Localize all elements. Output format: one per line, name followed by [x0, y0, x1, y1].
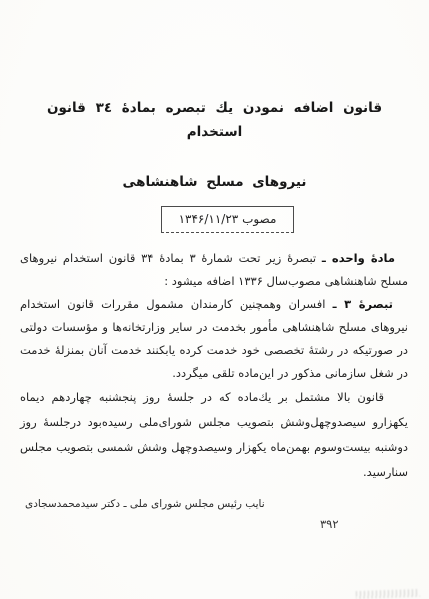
single-article-lead: مادهٔ واحده ـ: [322, 251, 395, 265]
ratification-text: قانون بالا مشتمل بر يك‌ماده كه در جلسهٔ …: [20, 390, 408, 479]
law-body: مادهٔ واحده ـ تبصرهٔ زير تحت شمارهٔ ۳ بم…: [20, 247, 408, 485]
ratification-paragraph: قانون بالا مشتمل بر يك‌ماده كه در جلسهٔ …: [20, 385, 408, 485]
signature-line: نايب رئيس مجلس شوراى ملى ـ دكتر سيدمحمدس…: [0, 498, 429, 510]
page-number: ٣٩٢: [320, 517, 339, 531]
approval-date-box: مصوب ۱۳۴۶/۱۱/۲۳: [161, 206, 295, 233]
law-title-line2: نيروهاى مسلح شاهنشاهى: [0, 171, 429, 193]
scan-smudge-artifact: [356, 589, 420, 599]
single-article-paragraph: مادهٔ واحده ـ تبصرهٔ زير تحت شمارهٔ ۳ بم…: [20, 247, 408, 293]
note-3-lead: تبصرهٔ ۳ ـ: [333, 297, 393, 311]
law-title-line1: قانون اضافه نمودن يك تبصره بمادهٔ ٣٤ قان…: [16, 96, 413, 144]
note-3-paragraph: تبصرهٔ ۳ ـ افسران وهمچنين كارمندان مشمول…: [20, 293, 408, 385]
scanned-document-page: قانون اضافه نمودن يك تبصره بمادهٔ ٣٤ قان…: [0, 0, 429, 599]
approval-stamp-wrapper: مصوب ۱۳۴۶/۱۱/۲۳: [13, 206, 429, 233]
